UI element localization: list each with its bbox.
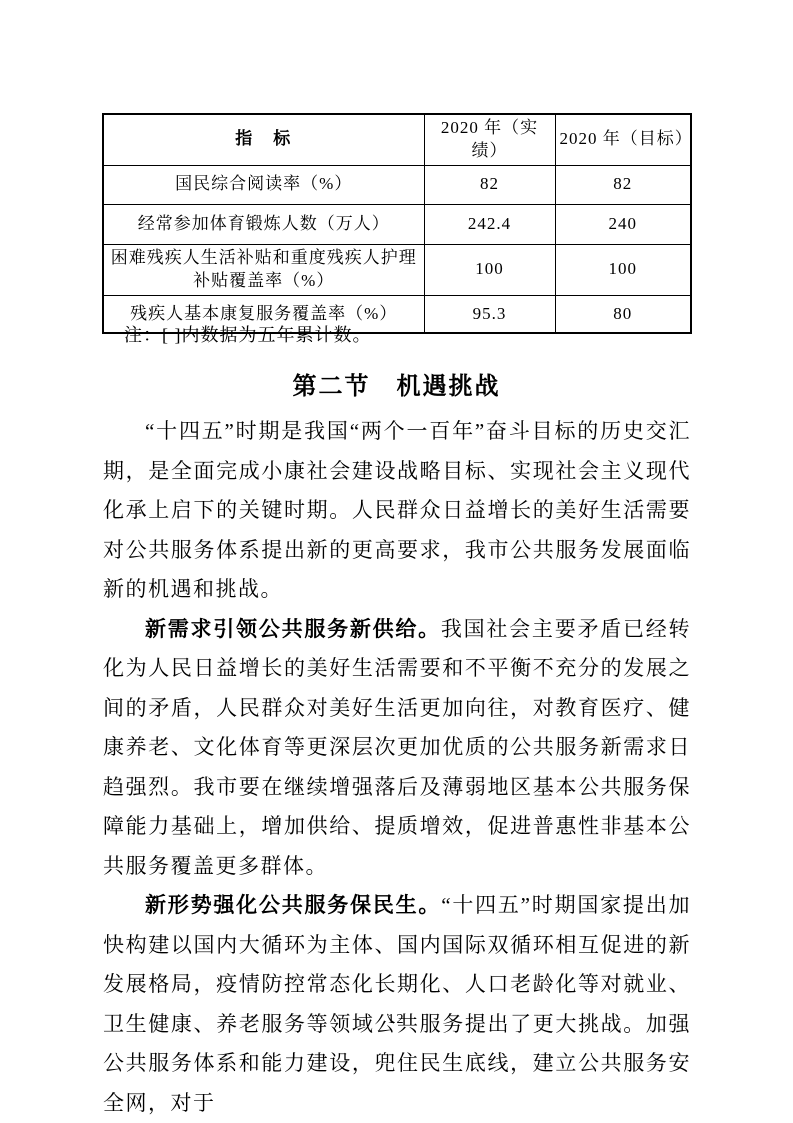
col-header-target-2020: 2020 年（目标）: [555, 114, 691, 165]
paragraph: 新形势强化公共服务保民生。“十四五”时期国家提出加快构建以国内大循环为主体、国内…: [103, 886, 691, 1123]
table-header-row: 指 标 2020 年（实绩） 2020 年（目标）: [103, 114, 691, 165]
paragraph: “十四五”时期是我国“两个一百年”奋斗目标的历史交汇期，是全面完成小康社会建设战…: [103, 412, 691, 610]
indicator-target: 80: [555, 295, 691, 333]
indicator-actual: 95.3: [424, 295, 555, 333]
paragraph-text: “十四五”时期国家提出加快构建以国内大循环为主体、国内国际双循环相互促进的新发展…: [103, 893, 691, 1115]
indicator-name: 国民综合阅读率（%）: [103, 165, 424, 204]
table-row: 经常参加体育锻炼人数（万人） 242.4 240: [103, 204, 691, 244]
table-row: 国民综合阅读率（%） 82 82: [103, 165, 691, 204]
paragraph-lead: 新形势强化公共服务保民生。: [145, 893, 441, 917]
indicators-table: 指 标 2020 年（实绩） 2020 年（目标） 国民综合阅读率（%） 82 …: [102, 113, 692, 334]
indicators-table-container: 指 标 2020 年（实绩） 2020 年（目标） 国民综合阅读率（%） 82 …: [102, 113, 690, 334]
indicator-target: 82: [555, 165, 691, 204]
col-header-indicator: 指 标: [103, 114, 424, 165]
indicator-actual: 82: [424, 165, 555, 204]
indicator-actual: 100: [424, 244, 555, 295]
indicator-target: 100: [555, 244, 691, 295]
indicator-actual: 242.4: [424, 204, 555, 244]
page-number: 12: [0, 1012, 793, 1028]
section-heading: 第二节 机遇挑战: [0, 366, 793, 401]
table-row: 困难残疾人生活补贴和重度残疾人护理补贴覆盖率（%） 100 100: [103, 244, 691, 295]
indicator-name: 经常参加体育锻炼人数（万人）: [103, 204, 424, 244]
table-note: 注：[ ]内数据为五年累计数。: [124, 321, 372, 347]
indicator-target: 240: [555, 204, 691, 244]
paragraph-text: “十四五”时期是我国“两个一百年”奋斗目标的历史交汇期，是全面完成小康社会建设战…: [103, 419, 691, 601]
indicator-name: 困难残疾人生活补贴和重度残疾人护理补贴覆盖率（%）: [103, 244, 424, 295]
paragraph: 新需求引领公共服务新供给。我国社会主要矛盾已经转化为人民日益增长的美好生活需要和…: [103, 610, 691, 887]
paragraph-lead: 新需求引领公共服务新供给。: [145, 617, 441, 641]
document-page: 指 标 2020 年（实绩） 2020 年（目标） 国民综合阅读率（%） 82 …: [0, 0, 793, 1122]
col-header-actual-2020: 2020 年（实绩）: [424, 114, 555, 165]
paragraph-text: 我国社会主要矛盾已经转化为人民日益增长的美好生活需要和不平衡不充分的发展之间的矛…: [103, 617, 691, 878]
